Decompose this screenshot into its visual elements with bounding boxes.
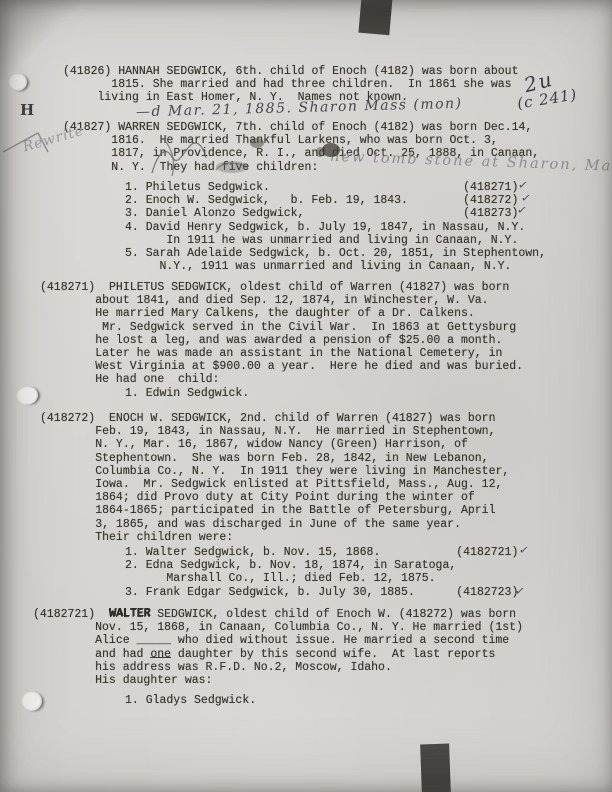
typed-underline-mark bbox=[150, 657, 171, 658]
handwritten-margin-letter: H bbox=[20, 101, 34, 119]
entry-4182721-text: (4182721) WALTER SEDGWICK, oldest child … bbox=[33, 608, 523, 687]
scanned-genealogy-page: (41826) HANNAH SEDGWICK, 6th. child of E… bbox=[0, 0, 612, 792]
binding-tape-top bbox=[358, 0, 392, 35]
child-list-4182721: 1. Gladys Sedgwick. bbox=[125, 694, 256, 707]
children-list-41827: 1. Philetus Sedgwick. (418271) 2. Enoch … bbox=[125, 181, 546, 273]
punch-hole-top bbox=[8, 73, 27, 91]
overstruck-name-walter: WALTER bbox=[109, 608, 150, 621]
children-list-418272: 1. Walter Sedgwick, b. Nov. 15, 1868. (4… bbox=[125, 546, 518, 599]
checkmark-418273: ✓ bbox=[516, 202, 528, 217]
checkmark-4182721: ✓ bbox=[518, 542, 530, 557]
punch-hole-middle bbox=[15, 385, 39, 407]
entry-418271-text: (418271) PHILETUS SEDGWICK, oldest child… bbox=[40, 281, 523, 387]
checkmark-4182723: ✓ bbox=[514, 583, 526, 598]
punch-hole-bottom bbox=[21, 691, 42, 711]
binding-tape-bottom bbox=[420, 744, 451, 792]
entry-418272-text: (418272) ENOCH W. SEDGWICK, 2nd. child o… bbox=[40, 412, 509, 544]
child-list-418271: 1. Edwin Sedgwick. bbox=[125, 387, 249, 400]
